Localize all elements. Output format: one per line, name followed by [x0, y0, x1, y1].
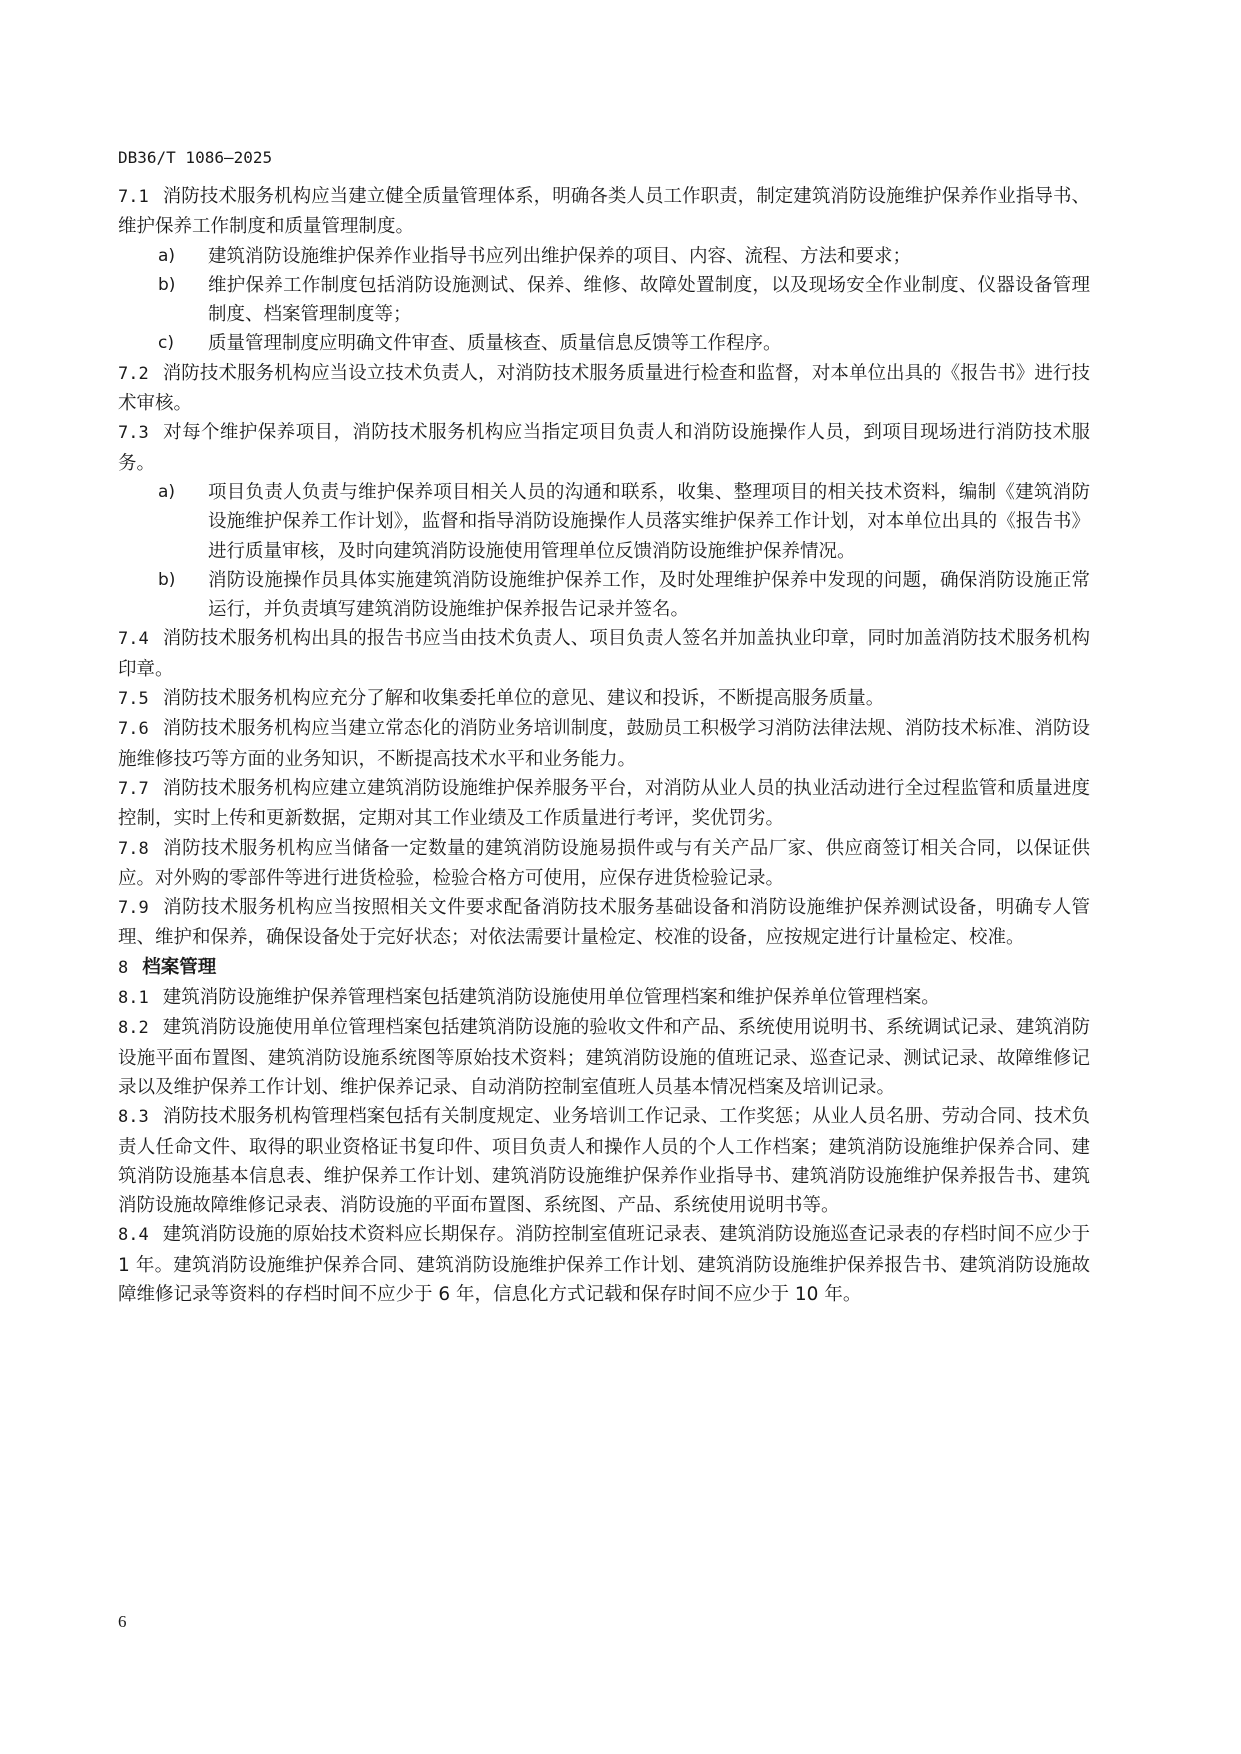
clause-text: 建筑消防设施的原始技术资料应长期保存。消防控制室值班记录表、建筑消防设施巡查记录…: [118, 1224, 1090, 1305]
clause-text: 建筑消防设施使用单位管理档案包括建筑消防设施的验收文件和产品、系统使用说明书、系…: [118, 1017, 1090, 1098]
clause-8-4: 8.4建筑消防设施的原始技术资料应长期保存。消防控制室值班记录表、建筑消防设施巡…: [118, 1220, 1090, 1309]
clause-number: 7.8: [118, 839, 149, 859]
clause-number: 8.4: [118, 1225, 149, 1245]
document-code-header: DB36/T 1086—2025: [118, 148, 272, 167]
list-item-text: 建筑消防设施维护保养作业指导书应列出维护保养的项目、内容、流程、方法和要求；: [208, 246, 911, 267]
clause-number: 7.1: [118, 187, 149, 207]
clause-7-8: 7.8消防技术服务机构应当储备一定数量的建筑消防设施易损件或与有关产品厂家、供应…: [118, 834, 1090, 894]
list-item-text: 维护保养工作制度包括消防设施测试、保养、维修、故障处置制度，以及现场安全作业制度…: [208, 275, 1090, 325]
list-marker: c): [158, 329, 174, 358]
clause-number: 7.4: [118, 629, 149, 649]
clause-7-4: 7.4消防技术服务机构出具的报告书应当由技术负责人、项目负责人签名并加盖执业印章…: [118, 624, 1090, 684]
list-item: a)建筑消防设施维护保养作业指导书应列出维护保养的项目、内容、流程、方法和要求；: [118, 242, 1090, 271]
clause-number: 7.6: [118, 719, 149, 739]
clause-number: 8.1: [118, 988, 149, 1008]
section-number: 8: [118, 958, 128, 978]
list-item-text: 项目负责人负责与维护保养项目相关人员的沟通和联系，收集、整理项目的相关技术资料，…: [208, 482, 1090, 562]
list-item: b)消防设施操作员具体实施建筑消防设施维护保养工作，及时处理维护保养中发现的问题…: [118, 566, 1090, 625]
clause-text: 消防技术服务机构应充分了解和收集委托单位的意见、建议和投诉，不断提高服务质量。: [163, 688, 885, 709]
list-item: a)项目负责人负责与维护保养项目相关人员的沟通和联系，收集、整理项目的相关技术资…: [118, 478, 1090, 566]
clause-number: 7.2: [118, 364, 149, 384]
list-item: c)质量管理制度应明确文件审查、质量核查、质量信息反馈等工作程序。: [118, 329, 1090, 358]
list-marker: b): [158, 271, 175, 300]
clause-number: 8.2: [118, 1018, 149, 1038]
clause-text: 对每个维护保养项目，消防技术服务机构应当指定项目负责人和消防设施操作人员，到项目…: [118, 422, 1090, 473]
clause-text: 消防技术服务机构管理档案包括有关制度规定、业务培训工作记录、工作奖惩；从业人员名…: [118, 1106, 1090, 1216]
list-item-text: 消防设施操作员具体实施建筑消防设施维护保养工作，及时处理维护保养中发现的问题，确…: [208, 570, 1090, 620]
clause-7-3: 7.3对每个维护保养项目，消防技术服务机构应当指定项目负责人和消防设施操作人员，…: [118, 418, 1090, 478]
clause-7-9: 7.9消防技术服务机构应当按照相关文件要求配备消防技术服务基础设备和消防设施维护…: [118, 893, 1090, 953]
clause-number: 7.9: [118, 898, 149, 918]
page-number: 6: [118, 1612, 127, 1632]
clause-text: 建筑消防设施维护保养管理档案包括建筑消防设施使用单位管理档案和维护保养单位管理档…: [163, 987, 940, 1008]
clause-text: 消防技术服务机构应建立建筑消防设施维护保养服务平台，对消防从业人员的执业活动进行…: [118, 778, 1090, 829]
clause-7-5: 7.5消防技术服务机构应充分了解和收集委托单位的意见、建议和投诉，不断提高服务质…: [118, 684, 1090, 714]
section-title: 档案管理: [142, 957, 216, 978]
document-body: 7.1消防技术服务机构应当建立健全质量管理体系，明确各类人员工作职责，制定建筑消…: [118, 182, 1090, 1309]
clause-7-1: 7.1消防技术服务机构应当建立健全质量管理体系，明确各类人员工作职责，制定建筑消…: [118, 182, 1090, 242]
list-marker: a): [158, 478, 175, 507]
clause-8-2: 8.2建筑消防设施使用单位管理档案包括建筑消防设施的验收文件和产品、系统使用说明…: [118, 1013, 1090, 1102]
section-heading-8: 8档案管理: [118, 953, 1090, 983]
list-marker: b): [158, 566, 175, 595]
clause-number: 8.3: [118, 1107, 149, 1127]
clause-text: 消防技术服务机构应当按照相关文件要求配备消防技术服务基础设备和消防设施维护保养测…: [118, 897, 1090, 948]
list-item: b)维护保养工作制度包括消防设施测试、保养、维修、故障处置制度，以及现场安全作业…: [118, 271, 1090, 330]
clause-7-6: 7.6消防技术服务机构应当建立常态化的消防业务培训制度，鼓励员工积极学习消防法律…: [118, 714, 1090, 774]
clause-text: 消防技术服务机构出具的报告书应当由技术负责人、项目负责人签名并加盖执业印章，同时…: [118, 628, 1090, 679]
clause-number: 7.5: [118, 689, 149, 709]
clause-text: 消防技术服务机构应当储备一定数量的建筑消防设施易损件或与有关产品厂家、供应商签订…: [118, 838, 1090, 889]
clause-7-7: 7.7消防技术服务机构应建立建筑消防设施维护保养服务平台，对消防从业人员的执业活…: [118, 774, 1090, 834]
clause-8-3: 8.3消防技术服务机构管理档案包括有关制度规定、业务培训工作记录、工作奖惩；从业…: [118, 1102, 1090, 1220]
list-marker: a): [158, 242, 175, 271]
list-item-text: 质量管理制度应明确文件审查、质量核查、质量信息反馈等工作程序。: [208, 333, 782, 354]
clause-8-1: 8.1建筑消防设施维护保养管理档案包括建筑消防设施使用单位管理档案和维护保养单位…: [118, 983, 1090, 1013]
clause-number: 7.7: [118, 779, 149, 799]
clause-text: 消防技术服务机构应当建立健全质量管理体系，明确各类人员工作职责，制定建筑消防设施…: [118, 186, 1090, 237]
clause-text: 消防技术服务机构应当设立技术负责人，对消防技术服务质量进行检查和监督，对本单位出…: [118, 363, 1090, 414]
clause-number: 7.3: [118, 423, 149, 443]
clause-7-2: 7.2消防技术服务机构应当设立技术负责人，对消防技术服务质量进行检查和监督，对本…: [118, 359, 1090, 419]
clause-text: 消防技术服务机构应当建立常态化的消防业务培训制度，鼓励员工积极学习消防法律法规、…: [118, 718, 1090, 769]
